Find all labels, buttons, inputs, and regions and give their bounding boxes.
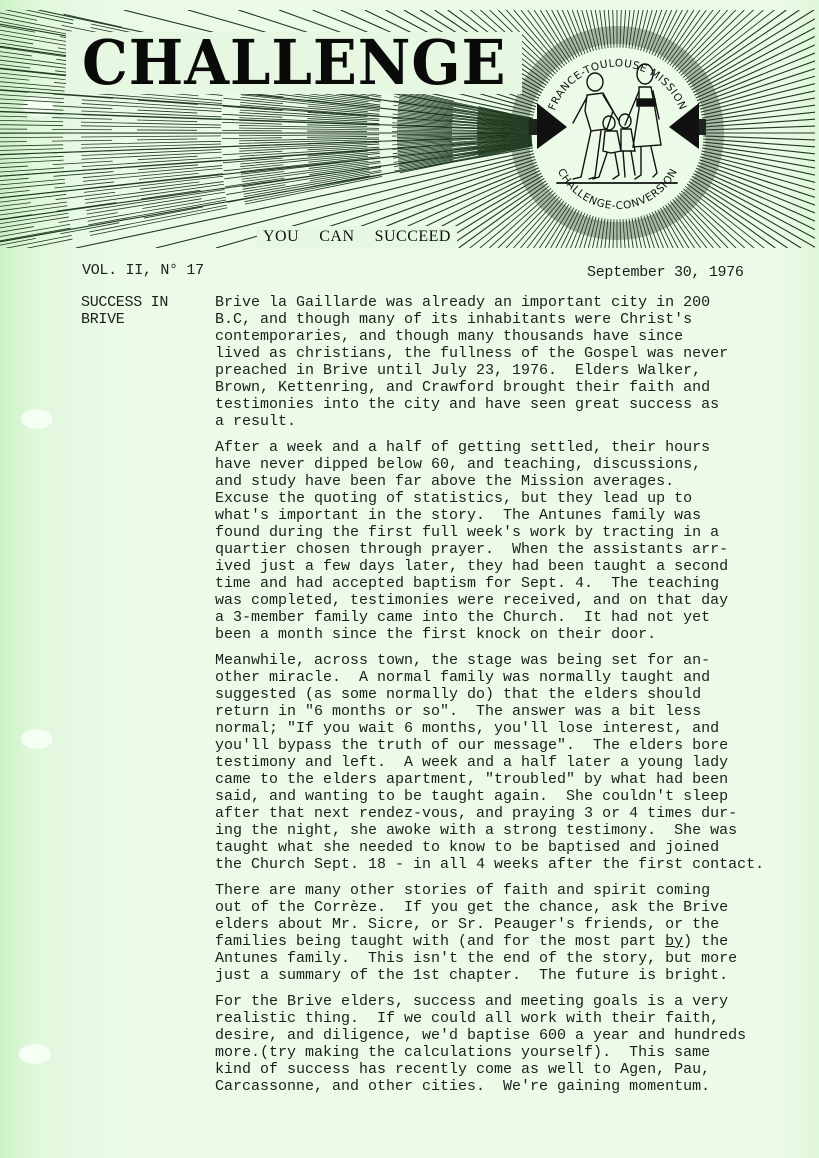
issue-volume: VOL. II, N° 17 (82, 262, 204, 279)
mission-logo: FRANCE-TOULOUSE MISSION CHALLENGE-CONVER… (529, 45, 706, 222)
tagline-word: SUCCEED (375, 228, 451, 246)
article-paragraph: For the Brive elders, success and meetin… (215, 993, 775, 1095)
article-line: a result. (215, 413, 775, 430)
article-line: testimony and left. A week and a half la… (215, 754, 775, 771)
article-body: Brive la Gaillarde was already an import… (215, 294, 775, 1104)
article-line: taught what she needed to know to be bap… (215, 839, 775, 856)
article-line: kind of success has recently come as wel… (215, 1061, 775, 1078)
article-line: elders about Mr. Sicre, or Sr. Peauger's… (215, 916, 775, 933)
article-line: been a month since the first knock on th… (215, 626, 775, 643)
article-paragraph: There are many other stories of faith an… (215, 882, 775, 984)
article-line: said, and wanting to be taught again. Sh… (215, 788, 775, 805)
tagline: YOU CAN SUCCEED (257, 226, 457, 248)
article-line: what's important in the story. The Antun… (215, 507, 775, 524)
punch-hole (18, 1043, 52, 1065)
article-line: have never dipped below 60, and teaching… (215, 456, 775, 473)
article-line: after that next rendez-vous, and praying… (215, 805, 775, 822)
article-line: normal; "If you wait 6 months, you'll lo… (215, 720, 775, 737)
article-paragraph: Meanwhile, across town, the stage was be… (215, 652, 775, 873)
article-line: Carcassonne, and other cities. We're gai… (215, 1078, 775, 1095)
article-line: Antunes family. This isn't the end of th… (215, 950, 775, 967)
article-line: you'll bypass the truth of our message".… (215, 737, 775, 754)
underlined-word: by (665, 933, 683, 950)
article-line: Meanwhile, across town, the stage was be… (215, 652, 775, 669)
article-line: and study have been far above the Missio… (215, 473, 775, 490)
article-line: more.(try making the calculations yourse… (215, 1044, 775, 1061)
article-line: contemporaries, and though many thousand… (215, 328, 775, 345)
section-title-line: SUCCESS IN (81, 294, 201, 311)
article-line: There are many other stories of faith an… (215, 882, 775, 899)
masthead-title: CHALLENGE (82, 32, 506, 94)
issue-date: September 30, 1976 (587, 264, 744, 281)
article-line: Brown, Kettenring, and Crawford brought … (215, 379, 775, 396)
article-line: was completed, testimonies were received… (215, 592, 775, 609)
article-line: ived just a few days later, they had bee… (215, 558, 775, 575)
punch-hole (20, 408, 54, 430)
article-line: For the Brive elders, success and meetin… (215, 993, 775, 1010)
article-line: realistic thing. If we could all work wi… (215, 1010, 775, 1027)
article-line: lived as christians, the fullness of the… (215, 345, 775, 362)
article-line: B.C, and though many of its inhabitants … (215, 311, 775, 328)
article-line: other miracle. A normal family was norma… (215, 669, 775, 686)
section-title-line: BRIVE (81, 311, 201, 328)
article-line: just a summary of the 1st chapter. The f… (215, 967, 775, 984)
tagline-word: YOU (263, 228, 299, 246)
article-line: preached in Brive until July 23, 1976. E… (215, 362, 775, 379)
article-line: families being taught with (and for the … (215, 933, 775, 950)
article-paragraph: Brive la Gaillarde was already an import… (215, 294, 775, 430)
article-line: a 3-member family came into the Church. … (215, 609, 775, 626)
article-line: After a week and a half of getting settl… (215, 439, 775, 456)
article-line: quartier chosen through prayer. When the… (215, 541, 775, 558)
article-line: Brive la Gaillarde was already an import… (215, 294, 775, 311)
section-title: SUCCESS IN BRIVE (81, 294, 201, 328)
article-line: Excuse the quoting of statistics, but th… (215, 490, 775, 507)
article-line: ing the night, she awoke with a strong t… (215, 822, 775, 839)
article-line: testimonies into the city and have seen … (215, 396, 775, 413)
article-line: came to the elders apartment, "troubled"… (215, 771, 775, 788)
article-paragraph: After a week and a half of getting settl… (215, 439, 775, 643)
tagline-word: CAN (319, 228, 354, 246)
masthead-title-box: CHALLENGE (66, 32, 522, 94)
article-line: time and had accepted baptism for Sept. … (215, 575, 775, 592)
article-line: out of the Corrèze. If you get the chanc… (215, 899, 775, 916)
article-line: found during the first full week's work … (215, 524, 775, 541)
article-line: return in "6 months or so". The answer w… (215, 703, 775, 720)
article-line: desire, and diligence, we'd baptise 600 … (215, 1027, 775, 1044)
article-line: the Church Sept. 18 - in all 4 weeks aft… (215, 856, 775, 873)
article-line: suggested (as some normally do) that the… (215, 686, 775, 703)
punch-hole (20, 728, 54, 750)
